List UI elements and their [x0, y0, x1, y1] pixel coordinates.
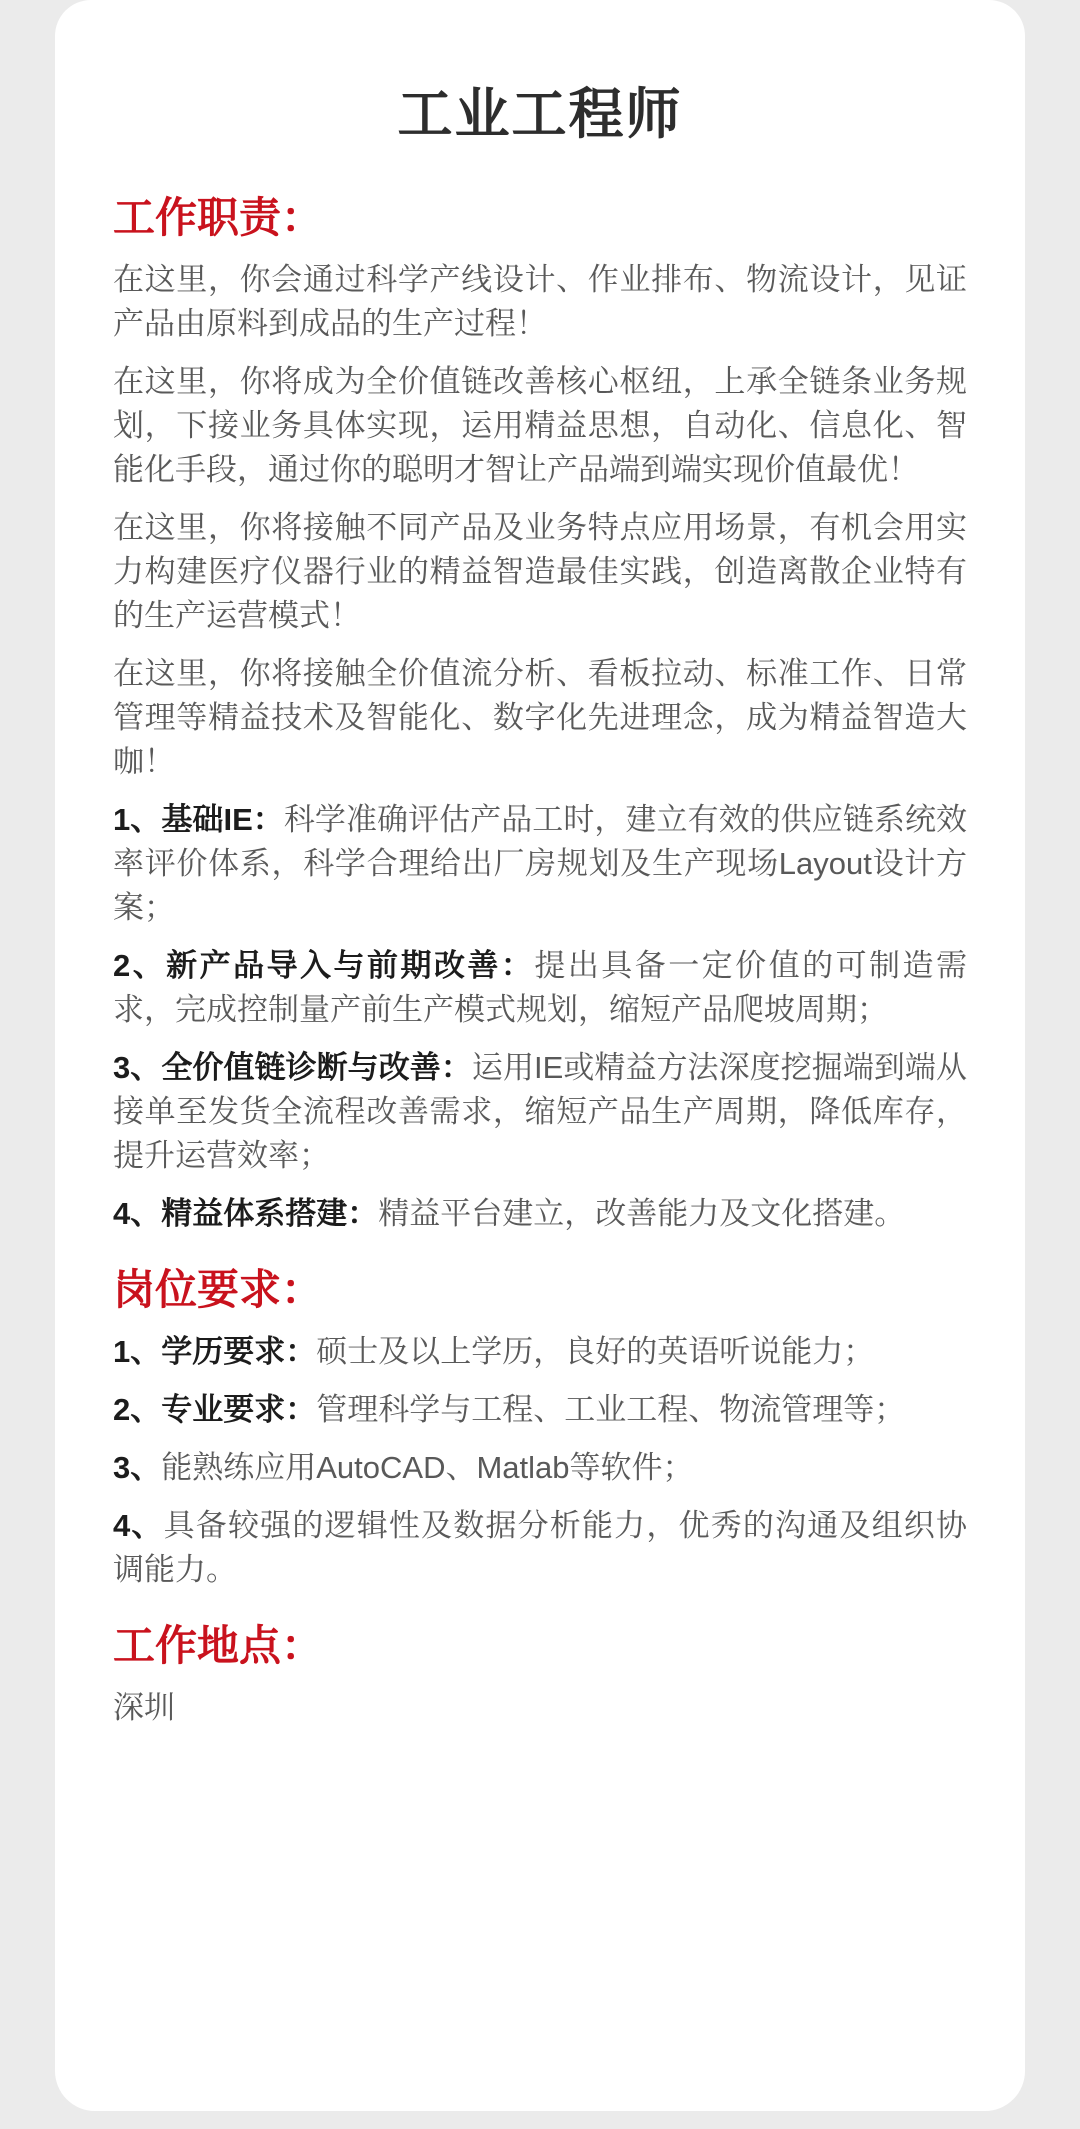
section-location: 工作地点： 深圳 — [113, 1624, 967, 1730]
requirement-item-2: 2、专业要求：管理科学与工程、工业工程、物流管理等； — [113, 1388, 967, 1432]
location-value: 深圳 — [113, 1686, 967, 1730]
duty-item-label: 3、全价值链诊断与改善： — [113, 1050, 472, 1085]
duty-item-1: 1、基础IE：科学准确评估产品工时，建立有效的供应链系统效率评价体系，科学合理给… — [113, 798, 967, 930]
requirement-item-3: 3、能熟练应用AutoCAD、Matlab等软件； — [113, 1446, 967, 1490]
requirement-item-label: 3、 — [113, 1450, 161, 1485]
section-requirements: 岗位要求： 1、学历要求：硕士及以上学历，良好的英语听说能力； 2、专业要求：管… — [113, 1268, 967, 1592]
requirements-heading: 岗位要求： — [113, 1268, 967, 1312]
job-detail-card: 工业工程师 工作职责： 在这里，你会通过科学产线设计、作业排布、物流设计，见证产… — [55, 0, 1025, 2111]
paragraph-text: 精益平台建立，改善能力及文化搭建。 — [378, 1196, 905, 1231]
paragraph-text: 在这里，你将成为全价值链改善核心枢纽，上承全链条业务规划，下接业务具体实现，运用… — [113, 364, 967, 487]
paragraph-text: 在这里，你将接触不同产品及业务特点应用场景，有机会用实力构建医疗仪器行业的精益智… — [113, 510, 967, 633]
duty-item-label: 1、基础IE： — [113, 802, 284, 837]
duty-item-label: 2、新产品导入与前期改善： — [113, 948, 534, 983]
paragraph-text: 在这里，你会通过科学产线设计、作业排布、物流设计，见证产品由原料到成品的生产过程… — [113, 262, 967, 341]
responsibilities-intro-1: 在这里，你会通过科学产线设计、作业排布、物流设计，见证产品由原料到成品的生产过程… — [113, 258, 967, 346]
paragraph-text: 管理科学与工程、工业工程、物流管理等； — [316, 1392, 905, 1427]
requirement-item-label: 2、专业要求： — [113, 1392, 316, 1427]
requirement-item-4: 4、具备较强的逻辑性及数据分析能力，优秀的沟通及组织协调能力。 — [113, 1504, 967, 1592]
paragraph-text: 深圳 — [113, 1690, 175, 1725]
paragraph-text: 在这里，你将接触全价值流分析、看板拉动、标准工作、日常管理等精益技术及智能化、数… — [113, 656, 967, 779]
requirement-item-1: 1、学历要求：硕士及以上学历，良好的英语听说能力； — [113, 1330, 967, 1374]
requirement-item-label: 1、学历要求： — [113, 1334, 316, 1369]
duty-item-3: 3、全价值链诊断与改善：运用IE或精益方法深度挖掘端到端从接单至发货全流程改善需… — [113, 1046, 967, 1178]
responsibilities-intro-4: 在这里，你将接触全价值流分析、看板拉动、标准工作、日常管理等精益技术及智能化、数… — [113, 652, 967, 784]
responsibilities-intro-2: 在这里，你将成为全价值链改善核心枢纽，上承全链条业务规划，下接业务具体实现，运用… — [113, 360, 967, 492]
job-title: 工业工程师 — [113, 86, 967, 142]
duty-item-4: 4、精益体系搭建：精益平台建立，改善能力及文化搭建。 — [113, 1192, 967, 1236]
location-heading: 工作地点： — [113, 1624, 967, 1668]
responsibilities-heading: 工作职责： — [113, 196, 967, 240]
section-responsibilities: 工作职责： 在这里，你会通过科学产线设计、作业排布、物流设计，见证产品由原料到成… — [113, 196, 967, 1236]
duty-item-label: 4、精益体系搭建： — [113, 1196, 378, 1231]
paragraph-text: 具备较强的逻辑性及数据分析能力，优秀的沟通及组织协调能力。 — [113, 1508, 967, 1587]
duty-item-2: 2、新产品导入与前期改善：提出具备一定价值的可制造需求，完成控制量产前生产模式规… — [113, 944, 967, 1032]
paragraph-text: 硕士及以上学历，良好的英语听说能力； — [316, 1334, 874, 1369]
responsibilities-intro-3: 在这里，你将接触不同产品及业务特点应用场景，有机会用实力构建医疗仪器行业的精益智… — [113, 506, 967, 638]
requirement-item-label: 4、 — [113, 1508, 164, 1543]
paragraph-text: 能熟练应用AutoCAD、Matlab等软件； — [161, 1450, 693, 1485]
